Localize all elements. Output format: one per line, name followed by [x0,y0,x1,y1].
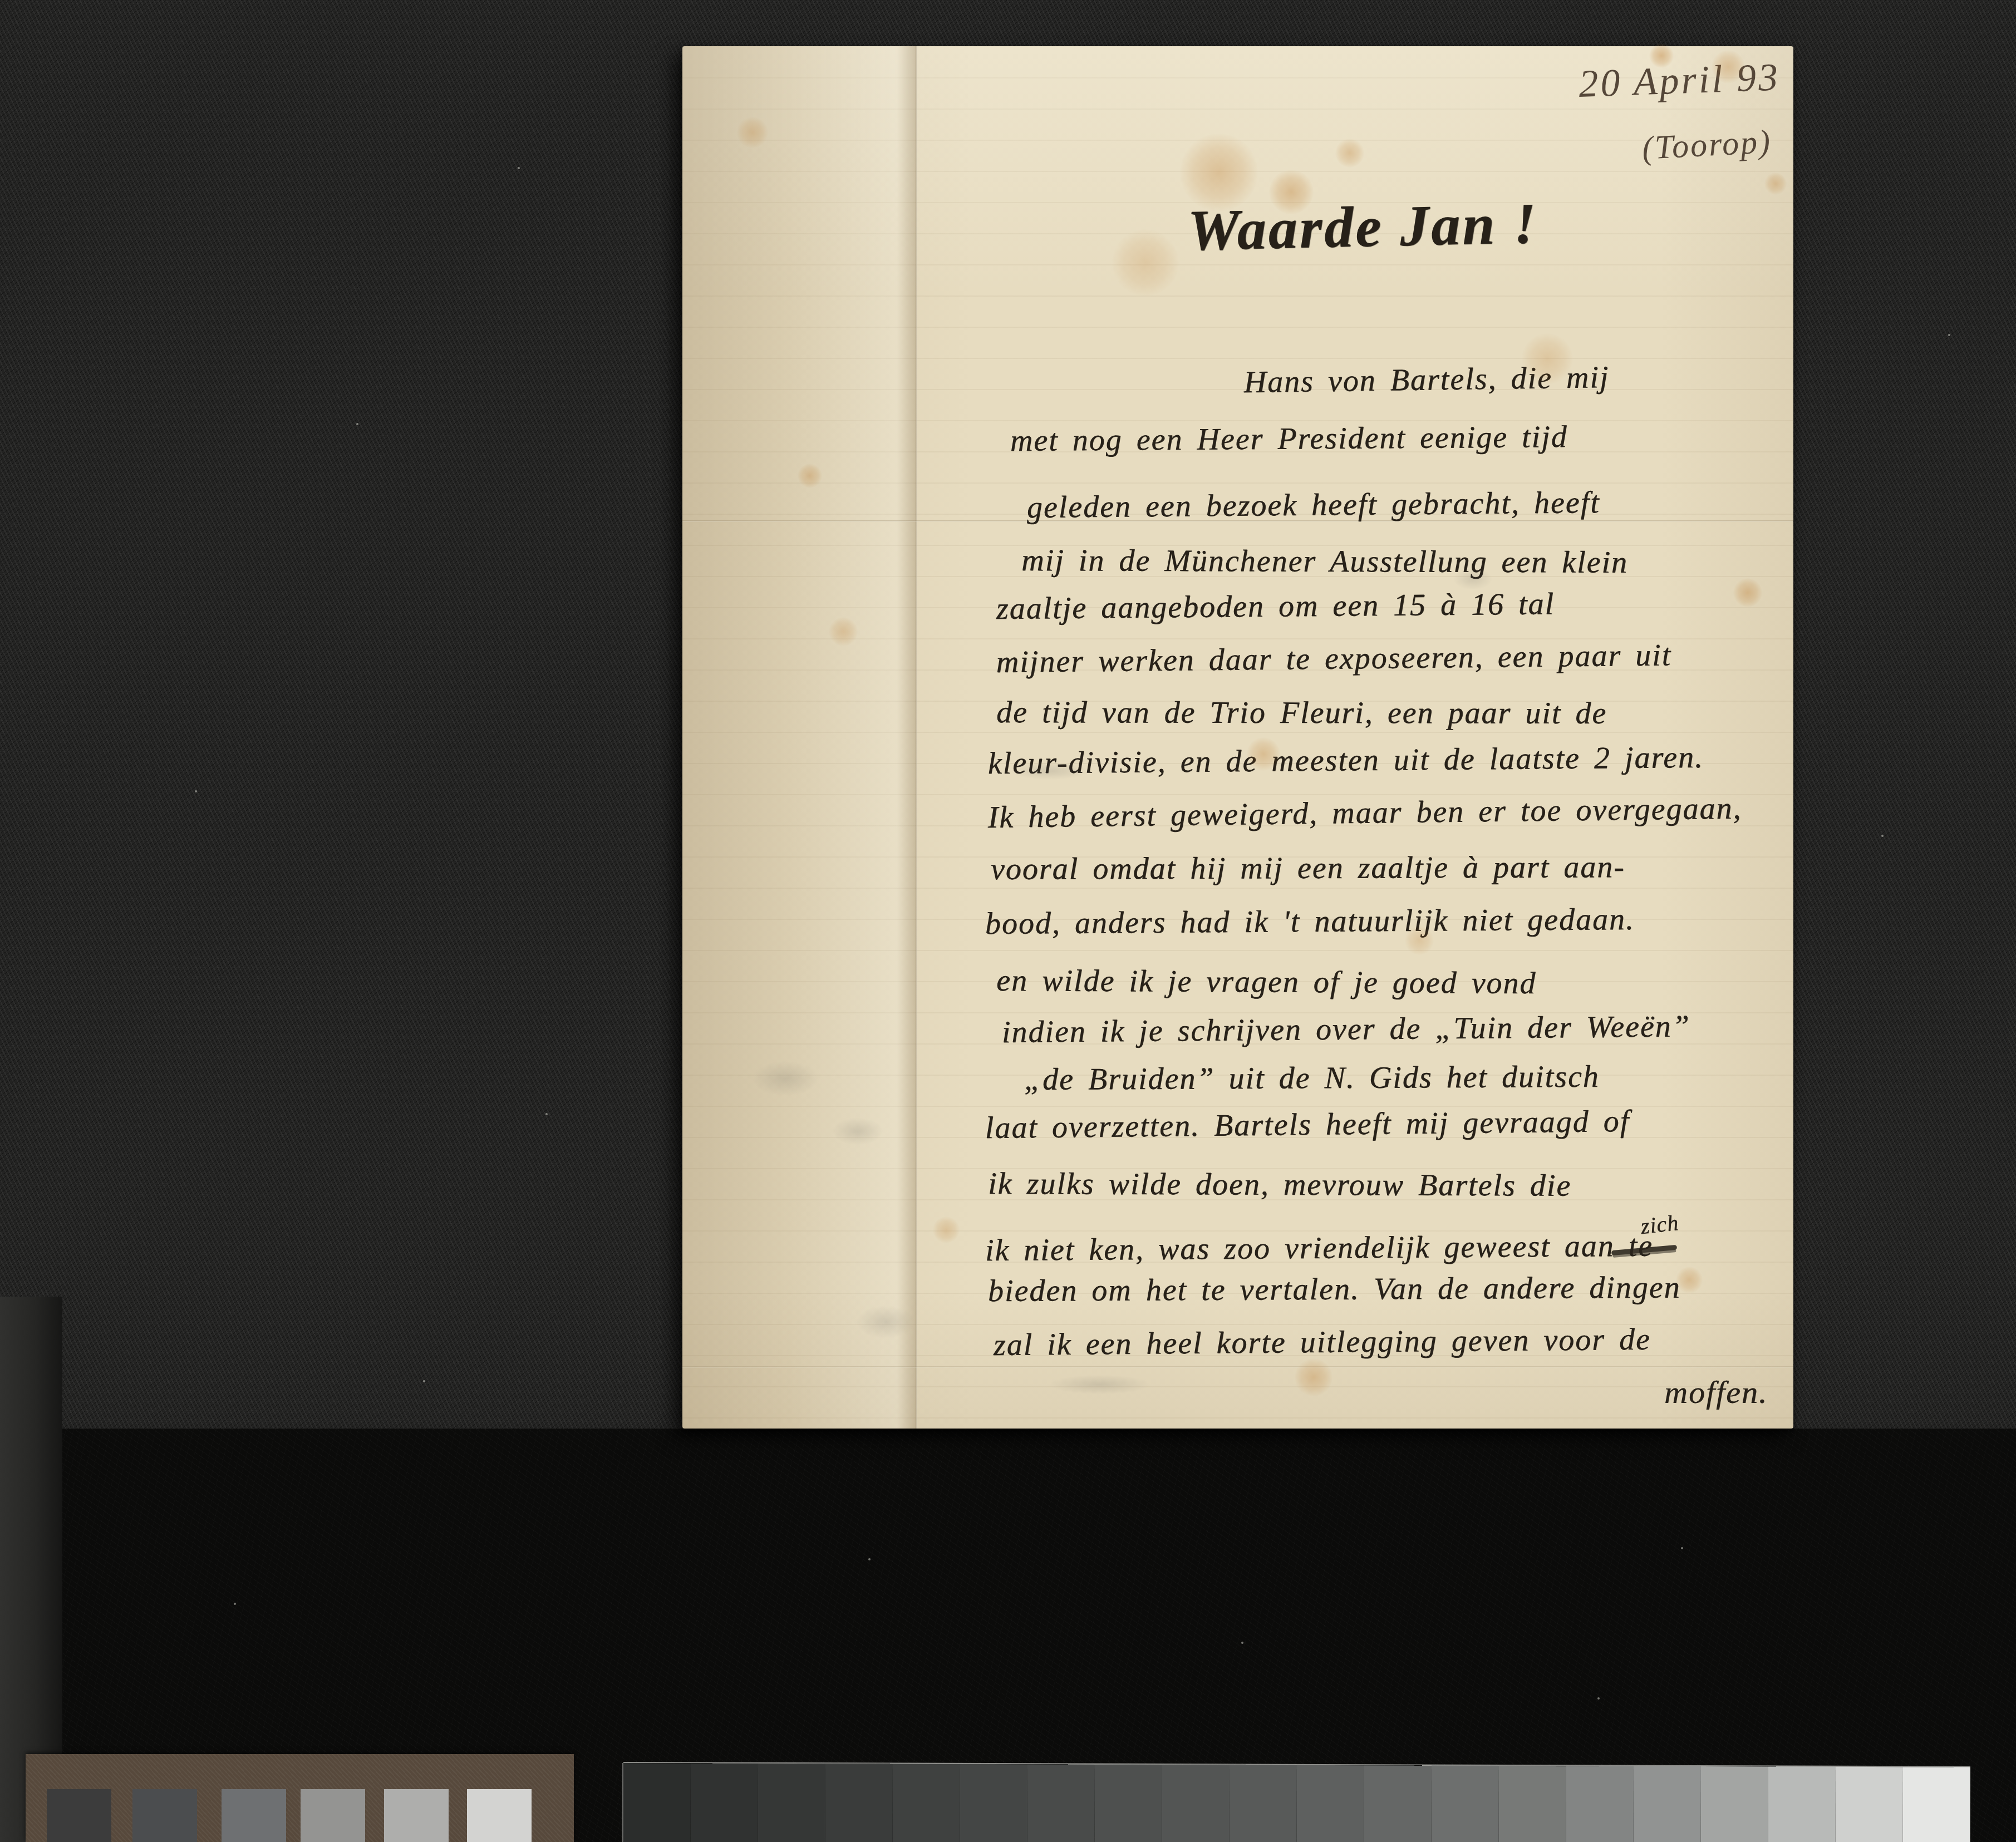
dust-speck [356,423,358,425]
foxing-spot [1335,139,1364,168]
dust-speck [234,1603,236,1605]
foxing-spot [1112,229,1179,296]
grayscale-card [26,1754,574,1842]
letter-line: de tijd van de Trio Fleuri, een paar uit… [996,695,1607,731]
dust-speck [195,790,197,792]
wedge-step [1701,1766,1768,1842]
folded-flap [682,46,916,1429]
salutation: Waarde Jan ! [1187,190,1539,264]
wedge-step [691,1763,758,1842]
wedge-step [1836,1767,1903,1842]
dust-speck [518,167,520,169]
letter-line: mijner werken daar te exposeeren, een pa… [996,637,1671,680]
author-annotation: (Toorop) [1641,122,1772,168]
foxing-spot [933,1216,960,1243]
ink-smudge [1027,1371,1172,1398]
wedge-step [1095,1765,1162,1842]
letter-paper: 20 April 93 (Toorop) Waarde Jan ! Hans v… [682,46,1793,1429]
letter-line: vooral omdat hij mij een zaaltje à part … [991,849,1625,887]
letter-line: geleden een bezoek heeft gebracht, heeft [1026,485,1600,525]
wedge-step [1297,1765,1364,1842]
wedge-step [1027,1764,1095,1842]
letter-line: bood, anders had ik 't natuurlijk niet g… [985,902,1635,942]
grayscale-patch [301,1789,365,1842]
wedge-step [1230,1765,1297,1842]
wedge-step [825,1764,893,1842]
wedge-step [1499,1766,1566,1842]
dust-speck [1241,1642,1243,1644]
dust-speck [1948,334,1950,336]
photograph-scene: 20 April 93 (Toorop) Waarde Jan ! Hans v… [0,0,2016,1842]
inserted-word: zich [1639,1209,1680,1239]
dust-speck [868,1558,871,1560]
letter-line: Ik heb eerst geweigerd, maar ben er toe … [987,790,1742,835]
wedge-step [893,1764,960,1842]
grayscale-patch [132,1789,197,1842]
wedge-step [1903,1767,1970,1842]
wedge-step [623,1763,691,1842]
fold-crease-horizontal [682,1366,1793,1368]
wedge-step [1364,1765,1432,1842]
letter-line: mij in de Münchener Ausstellung een klei… [1021,543,1628,580]
letter-line: ik niet ken, was zoo vriendelijk geweest… [985,1228,1654,1268]
transmission-step-wedge [623,1763,1970,1842]
dust-speck [423,1380,425,1382]
closing-word: moffen. [1664,1373,1768,1411]
fold-crease-vertical [916,46,917,1429]
grayscale-patch [467,1789,532,1842]
wedge-step [960,1764,1027,1842]
dust-speck [1681,1547,1683,1549]
wedge-step [758,1764,825,1842]
date-annotation: 20 April 93 [1578,55,1781,107]
wedge-step [1768,1766,1836,1842]
grayscale-patch [384,1789,449,1842]
letter-line: kleur-divisie, en de meesten uit de laat… [987,740,1704,781]
letter-line: met nog een Heer President eenige tijd [1010,419,1568,459]
wedge-step [1634,1766,1701,1842]
foxing-spot [1295,1358,1332,1396]
grayscale-patch [222,1789,286,1842]
letter-line: bieden om het te vertalen. Van de andere… [988,1269,1681,1309]
letter-line: en wilde ik je vragen of je goed vond [996,963,1537,1001]
foxing-spot [1733,578,1762,607]
letter-line: laat overzetten. Bartels heeft mij gevra… [985,1104,1630,1146]
letter-line: „de Bruiden” uit de N. Gids het duitsch [1024,1059,1600,1097]
dust-speck [1881,835,1884,837]
letter-line: zal ik een heel korte uitlegging geven v… [993,1322,1650,1363]
letter-line: indien ik je schrijven over de „Tuin der… [1001,1008,1690,1050]
letter-line: Hans von Bartels, die mij [1243,359,1610,400]
wedge-step [1162,1765,1230,1842]
foxing-spot [1764,173,1787,195]
letter-line: zaaltje aangeboden om een 15 à 16 tal [996,586,1555,627]
letter-line: ik zulks wilde doen, mevrouw Bartels die [988,1166,1571,1204]
grayscale-patch [47,1789,111,1842]
dust-speck [1597,1697,1600,1700]
dust-speck [545,1113,548,1115]
wedge-step [1566,1766,1634,1842]
wedge-step [1432,1766,1499,1842]
